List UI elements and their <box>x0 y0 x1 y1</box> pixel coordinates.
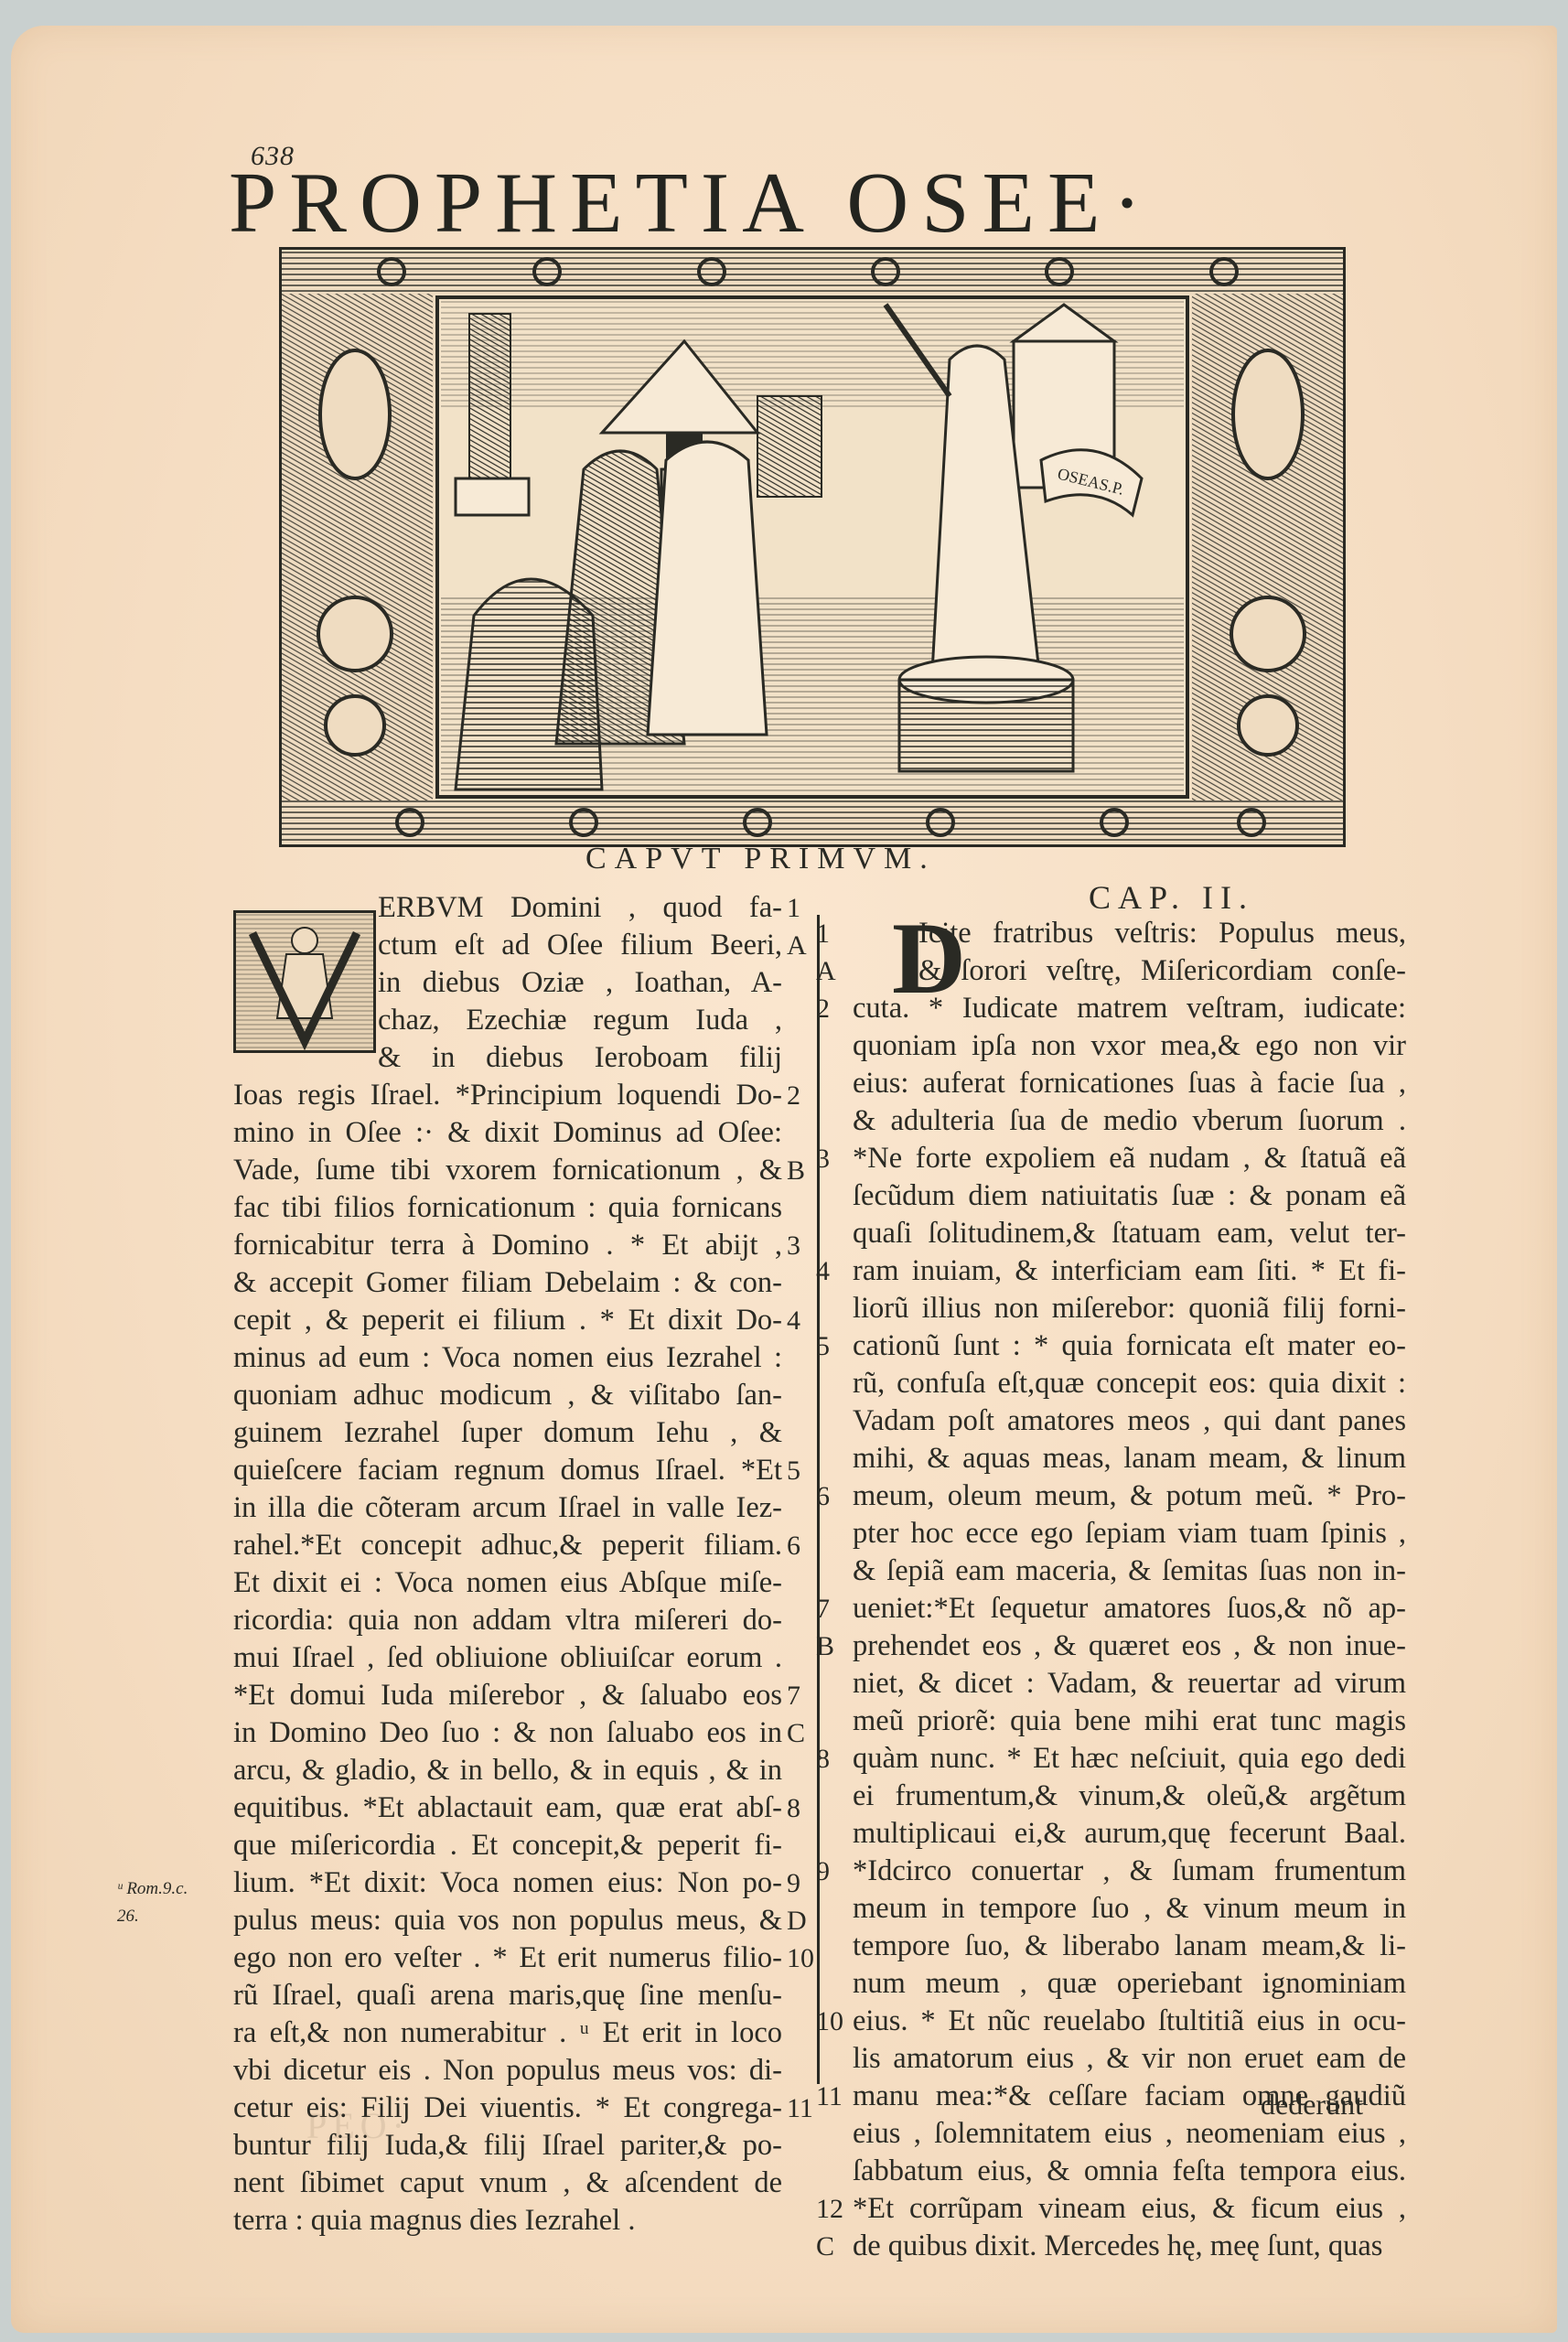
text-line: cuta. * Iudicate matrem veſtram, iudicat… <box>853 990 1406 1027</box>
woodcut-scene-icon: OSEAS.P. <box>282 250 1343 844</box>
text-line: pter hoc ecce ego ſepiam viam tuam ſpini… <box>853 1515 1406 1552</box>
text-line: mino in Oſee :· & dixit Dominus ad Oſee: <box>233 1114 782 1152</box>
verse-marker: 7 <box>816 1590 830 1628</box>
verse-marker: 9 <box>787 1864 800 1902</box>
verse-marker: 3 <box>816 1140 830 1177</box>
text-line: chaz, Ezechiæ regum Iuda , <box>233 1002 782 1039</box>
verse-marker: 1 <box>787 889 800 927</box>
text-line: ram inuiam, & interficiam eam ſiti. * Et… <box>853 1252 1406 1290</box>
text-line: cationũ ſunt : * quia fornicata eſt mate… <box>853 1327 1406 1365</box>
text-line: quoniam ipſa non vxor mea,& ego non vir <box>853 1027 1406 1065</box>
text-line: Icite fratribus veſtris: Populus meus,1 <box>853 915 1406 952</box>
chapter-heading: CAPVT PRIMVM. <box>585 842 936 876</box>
text-line: vbi dicetur eis . Non populus meus vos: … <box>233 2052 782 2090</box>
show-through-text: PEO· <box>306 2104 410 2147</box>
text-line: quieſcere faciam regnum domus Iſrael. *E… <box>233 1452 782 1489</box>
text-line: liorũ illius non miſerebor: quoniã filij… <box>853 1290 1406 1327</box>
verse-marker: 12 <box>816 2190 843 2228</box>
text-line: quàm nunc. * Et hæc neſciuit, quia ego d… <box>853 1740 1406 1778</box>
text-line: Et dixit ei : Voca nomen eius Abſque miſ… <box>233 1564 782 1602</box>
left-column-text: ERBVM Domini , quod fa-1ctum eſt ad Oſee… <box>233 889 782 2240</box>
text-line: num meum , quæ operiebant ignominiam <box>853 1965 1406 2003</box>
text-line: & accepit Gomer filiam Debelaim : & con- <box>233 1264 782 1302</box>
verse-marker: 3 <box>787 1227 800 1264</box>
text-line: Vade, ſume tibi vxorem fornicationum , &… <box>233 1152 782 1189</box>
text-line: lis amatorum eius , & vir non eruet eam … <box>853 2040 1406 2078</box>
verse-marker: C <box>787 1714 805 1752</box>
verse-marker: B <box>787 1152 805 1189</box>
text-line: in Domino Deo ſuo : & non ſaluabo eos in… <box>233 1714 782 1752</box>
text-line: tempore ſuo, & liberabo lanam meam,& li- <box>853 1928 1406 1965</box>
text-line: & in diebus Ieroboam filij <box>233 1039 782 1077</box>
text-line: fac tibi filios fornicationum : quia for… <box>233 1189 782 1227</box>
running-title: PROPHETIA OSEE· <box>229 154 1155 252</box>
verse-marker: 9 <box>816 1853 830 1890</box>
text-line: de quibus dixit. Mercedes hę, meę ſunt, … <box>853 2228 1406 2265</box>
verse-marker: 6 <box>816 1477 830 1515</box>
text-line: & adulteria ſua de medio vberum ſuorum . <box>853 1102 1406 1140</box>
verse-marker: 4 <box>787 1302 800 1339</box>
text-line: arcu, & gladio, & in bello, & in equis ,… <box>233 1752 782 1789</box>
text-line: mui Iſrael , ſed obliuione obliuiſcar eo… <box>233 1639 782 1677</box>
verse-marker: 6 <box>787 1527 800 1564</box>
verse-marker: A <box>816 952 836 990</box>
text-line: niet, & dicet : Vadam, & reuertar ad vir… <box>853 1665 1406 1703</box>
text-line: Vadam poſt amatores meos , qui dant pane… <box>853 1402 1406 1440</box>
text-line: mihi, & aquas meas, lanam meam, & linum <box>853 1440 1406 1477</box>
text-line: rahel.*Et concepit adhuc,& peperit filia… <box>233 1527 782 1564</box>
text-line: *Et domui Iuda miſerebor , & ſaluabo eos… <box>233 1677 782 1714</box>
text-line: Ioas regis Iſrael. *Principium loquendi … <box>233 1077 782 1114</box>
text-line: ra eſt,& non numerabitur . ᵘ Et erit in … <box>233 2014 782 2052</box>
text-line: nent ſibimet caput vnum , & aſcendent de <box>233 2165 782 2202</box>
verse-marker: A <box>787 927 807 964</box>
text-line: equitibus. *Et ablactauit eam, quæ erat … <box>233 1789 782 1827</box>
text-line: & ſorori veſtrę, Miſericordiam conſe-A <box>853 952 1406 990</box>
text-line: fornicabitur terra à Domino . * Et abijt… <box>233 1227 782 1264</box>
text-line: ſecũdum diem natiuitatis ſuæ : & ponam e… <box>853 1177 1406 1215</box>
text-line: quoniam adhuc modicum , & viſitabo ſan- <box>233 1377 782 1414</box>
right-column-text: Icite fratribus veſtris: Populus meus,1&… <box>853 915 1406 2265</box>
text-line: eius. * Et nũc reuelabo ſtultitiã eius i… <box>853 2003 1406 2040</box>
verse-marker: 8 <box>787 1789 800 1827</box>
text-line: meum, oleum meum, & potum meũ. * Pro-6 <box>853 1477 1406 1515</box>
text-line: cepit , & peperit ei filium . * Et dixit… <box>233 1302 782 1339</box>
text-line: in diebus Oziæ , Ioathan, A- <box>233 964 782 1002</box>
text-line: in illa die cõteram arcum Iſrael in vall… <box>233 1489 782 1527</box>
woodcut-illustration: OSEAS.P. <box>279 247 1346 847</box>
text-line: ERBVM Domini , quod fa-1 <box>233 889 782 927</box>
text-line: ctum eſt ad Oſee filium Beeri,A <box>233 927 782 964</box>
verse-marker: 4 <box>816 1252 830 1290</box>
verse-marker: 10 <box>816 2003 843 2040</box>
text-line: que miſericordia . Et concepit,& peperit… <box>233 1827 782 1864</box>
verse-marker: 7 <box>787 1677 800 1714</box>
text-line: pulus meus: quia vos non populus meus, &… <box>233 1902 782 1939</box>
verse-marker: 11 <box>816 2078 843 2115</box>
text-line: lium. *Et dixit: Voca nomen eius: Non po… <box>233 1864 782 1902</box>
text-line: rũ Iſrael, quaſi arena maris,quę ſine me… <box>233 1977 782 2014</box>
text-line: *Idcirco conuertar , & ſumam frumentum9 <box>853 1853 1406 1890</box>
verse-marker: D <box>787 1902 807 1939</box>
verse-marker: 2 <box>816 990 830 1027</box>
text-line: ricordia: quia non addam vltra miſereri … <box>233 1602 782 1639</box>
text-line: ueniet:*Et ſequetur amatores ſuos,& nõ a… <box>853 1590 1406 1628</box>
verse-marker: 8 <box>816 1740 830 1778</box>
verse-marker: 11 <box>787 2090 813 2127</box>
text-line: rũ, confuſa eſt,quæ concepit eos: quia d… <box>853 1365 1406 1402</box>
verse-marker: 2 <box>787 1077 800 1114</box>
text-line: prehendet eos , & quæret eos , & non inu… <box>853 1628 1406 1665</box>
text-line: multiplicaui ei,& aurum,quę fecerunt Baa… <box>853 1815 1406 1853</box>
text-line: meũ priorẽ: quia bene mihi erat tunc mag… <box>853 1703 1406 1740</box>
text-line: *Ne forte expoliem eã nudam , & ſtatuã e… <box>853 1140 1406 1177</box>
verse-marker: B <box>816 1628 834 1665</box>
text-line: *Et corrũpam vineam eius, & ficum eius ,… <box>853 2190 1406 2228</box>
text-line: meum in tempore ſuo , & vinum meum in <box>853 1890 1406 1928</box>
verse-marker: 1 <box>816 915 830 952</box>
text-line: & ſepiã eam maceria, & ſemitas ſuas non … <box>853 1552 1406 1590</box>
verse-marker: C <box>816 2228 834 2265</box>
text-line: minus ad eum : Voca nomen eius Iezrahel … <box>233 1339 782 1377</box>
text-line: terra : quia magnus dies Iezrahel . <box>233 2202 782 2240</box>
text-line: ſabbatum eius, & omnia feſta tempora eiu… <box>853 2153 1406 2190</box>
verse-marker: 5 <box>787 1452 800 1489</box>
text-line: quaſi ſolitudinem,& ſtatuam eam, velut t… <box>853 1215 1406 1252</box>
verse-marker: 10 <box>787 1939 814 1977</box>
chapter-two-heading: CAP. II. <box>1089 878 1254 917</box>
catchword: dederunt <box>1261 2088 1363 2122</box>
text-line: ego non ero veſter . * Et erit numerus f… <box>233 1939 782 1977</box>
text-line: guinem Iezrahel ſuper domum Iehu , & <box>233 1414 782 1452</box>
verse-marker: 5 <box>816 1327 830 1365</box>
text-line: ei frumentum,& vinum,& oleũ,& argẽtum <box>853 1778 1406 1815</box>
marginal-reference: ᵘ Rom.9.c. 26. <box>117 1875 188 1930</box>
text-line: eius: auferat fornicationes ſuas à facie… <box>853 1065 1406 1102</box>
